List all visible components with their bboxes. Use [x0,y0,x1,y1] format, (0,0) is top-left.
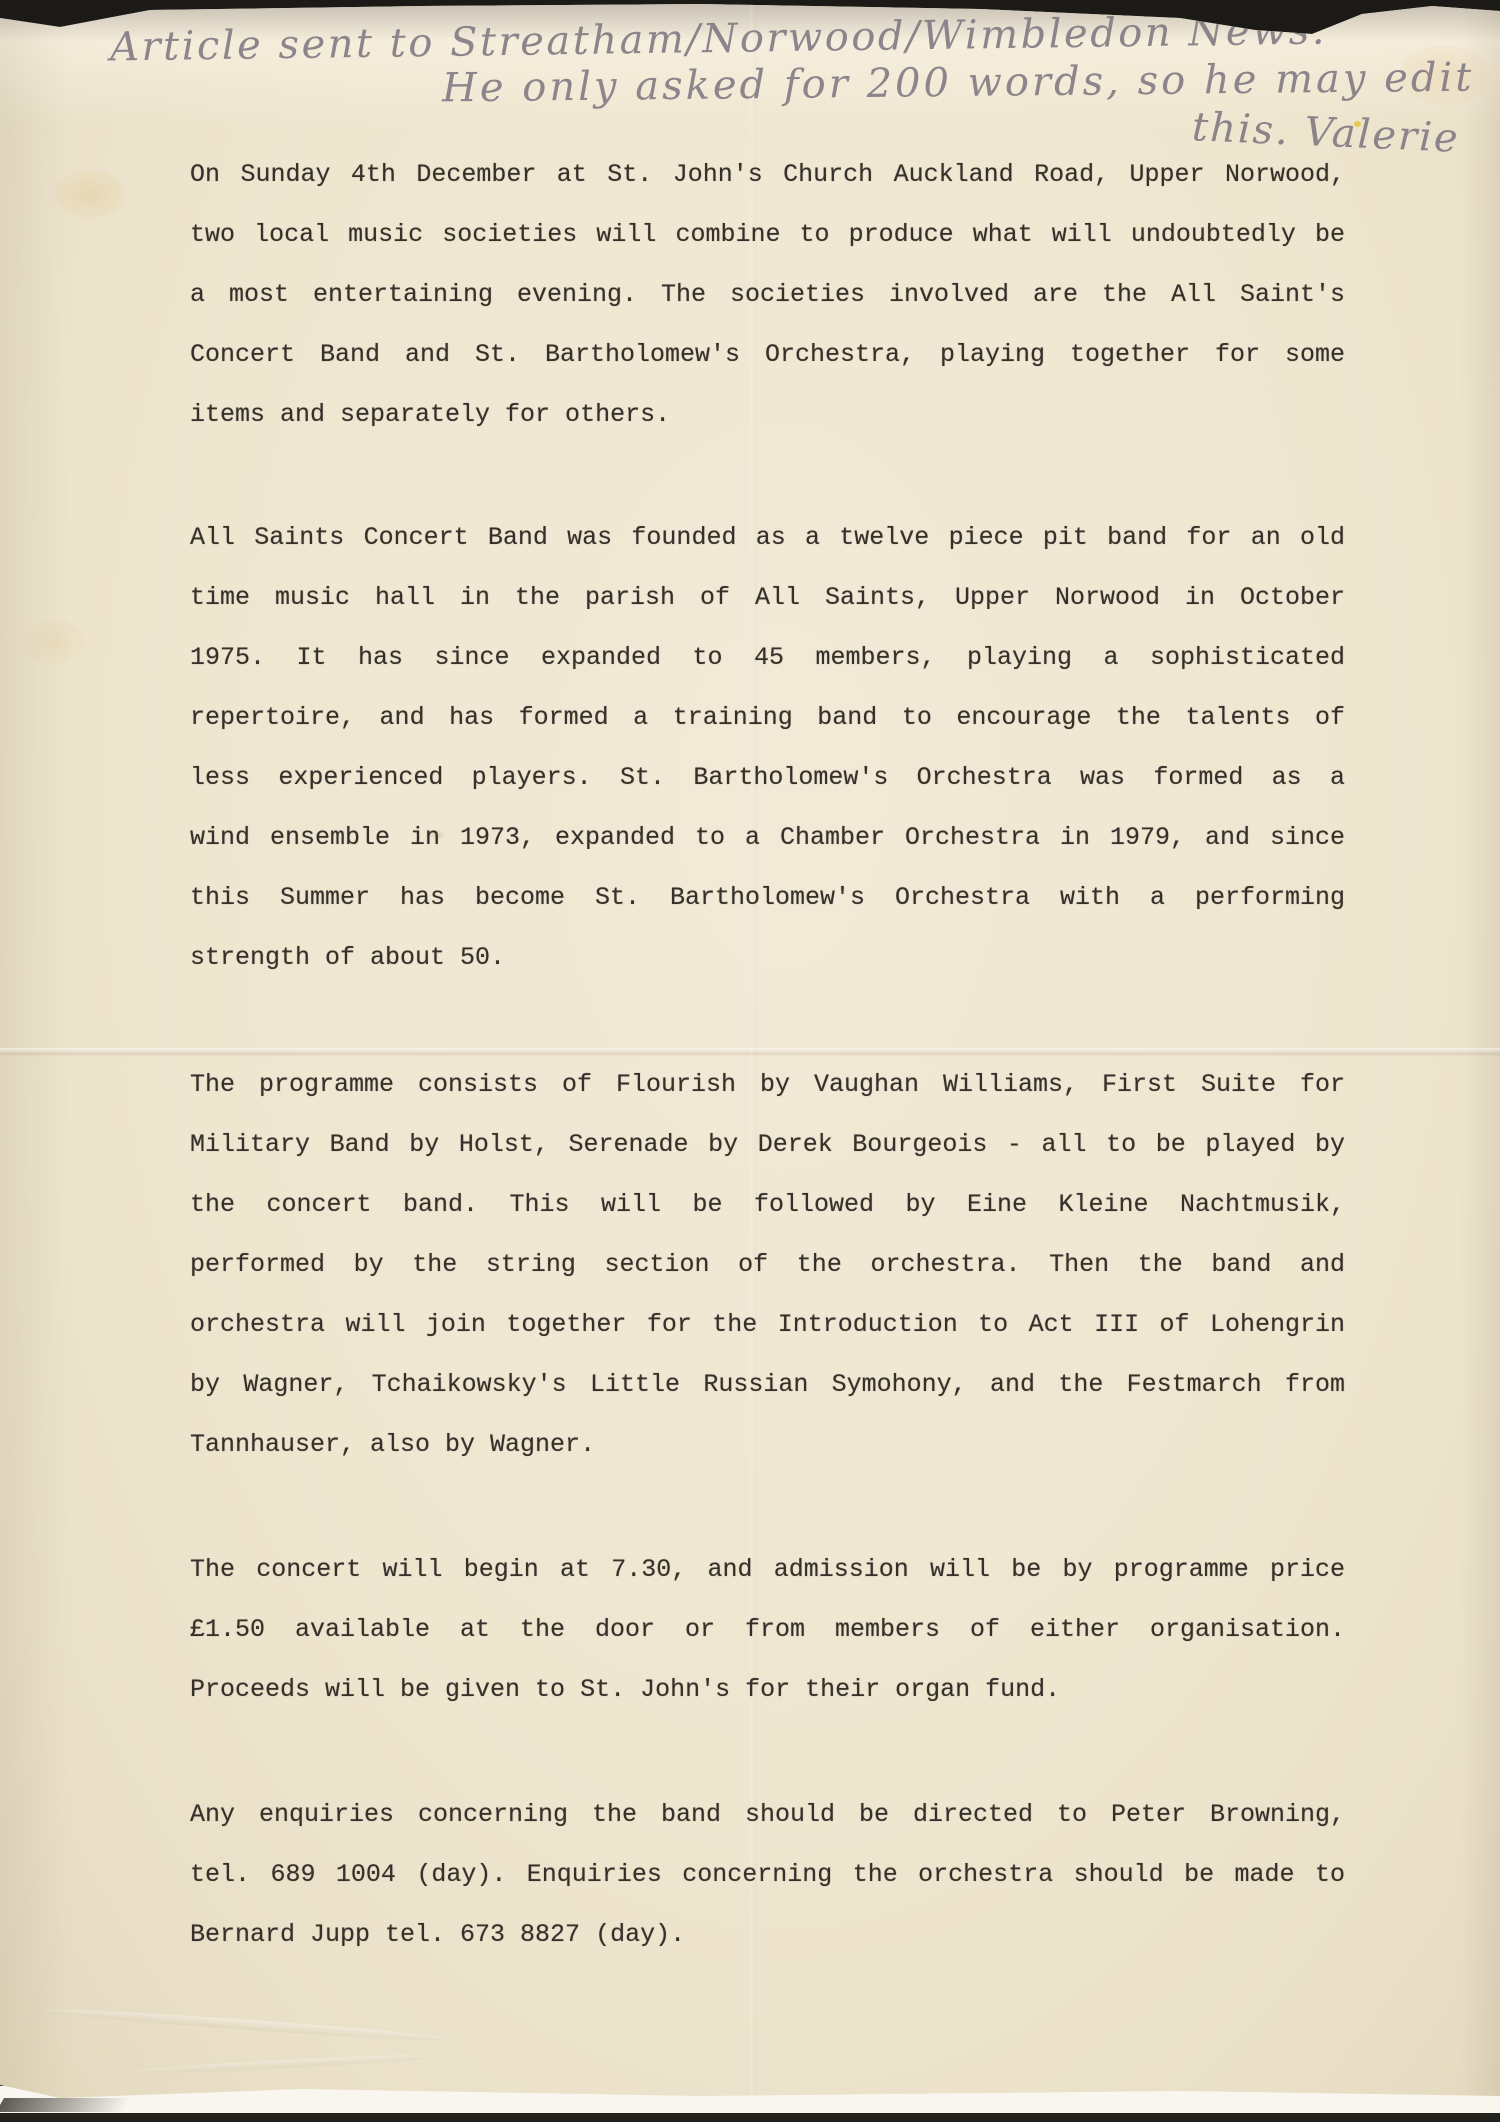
scanner-edge-line [0,2113,1500,2122]
typed-line: Concert Band and St. Bartholomew's Orche… [190,325,1345,385]
bottom-crumple-crease [40,2005,460,2044]
paragraph-4: The concert will begin at 7.30, and admi… [190,1540,1345,1720]
typed-line: by Wagner, Tchaikowsky's Little Russian … [190,1355,1345,1415]
typed-line: two local music societies will combine t… [190,205,1345,265]
scanned-letter-page: Article sent to Streatham/Norwood/Wimble… [0,0,1500,2100]
paragraph-2: All Saints Concert Band was founded as a… [190,508,1345,988]
typed-line: the concert band. This will be followed … [190,1175,1345,1235]
paragraph-5: Any enquiries concerning the band should… [190,1785,1345,1965]
paragraph-1: On Sunday 4th December at St. John's Chu… [190,145,1345,445]
bottom-crumple-crease [120,2051,450,2076]
typed-line: less experienced players. St. Bartholome… [190,748,1345,808]
handwritten-note-line-2: He only asked for 200 words, so he may e… [442,55,1475,112]
typed-line: a most entertaining evening. The societi… [190,265,1345,325]
typed-line: strength of about 50. [190,928,1345,988]
bottom-edge-smudge [0,2098,154,2112]
typed-line: wind ensemble in 1973, expanded to a Cha… [190,808,1345,868]
typed-line: £1.50 available at the door or from memb… [190,1600,1345,1660]
typed-line: Tannhauser, also by Wagner. [190,1415,1345,1475]
typed-line: Proceeds will be given to St. John's for… [190,1660,1345,1720]
typed-line: Bernard Jupp tel. 673 8827 (day). [190,1905,1345,1965]
typed-line: items and separately for others. [190,385,1345,445]
paragraph-3: The programme consists of Flourish by Va… [190,1055,1345,1475]
typed-line: this Summer has become St. Bartholomew's… [190,868,1345,928]
typed-line: All Saints Concert Band was founded as a… [190,508,1345,568]
typed-line: The programme consists of Flourish by Va… [190,1055,1345,1115]
typed-line: Military Band by Holst, Serenade by Dere… [190,1115,1345,1175]
typed-line: 1975. It has since expanded to 45 member… [190,628,1345,688]
typed-line: orchestra will join together for the Int… [190,1295,1345,1355]
typed-line: performed by the string section of the o… [190,1235,1345,1295]
typed-line: time music hall in the parish of All Sai… [190,568,1345,628]
typed-line: repertoire, and has formed a training ba… [190,688,1345,748]
typed-line: Any enquiries concerning the band should… [190,1785,1345,1845]
typed-line: On Sunday 4th December at St. John's Chu… [190,145,1345,205]
typed-line: The concert will begin at 7.30, and admi… [190,1540,1345,1600]
typed-line: tel. 689 1004 (day). Enquiries concernin… [190,1845,1345,1905]
